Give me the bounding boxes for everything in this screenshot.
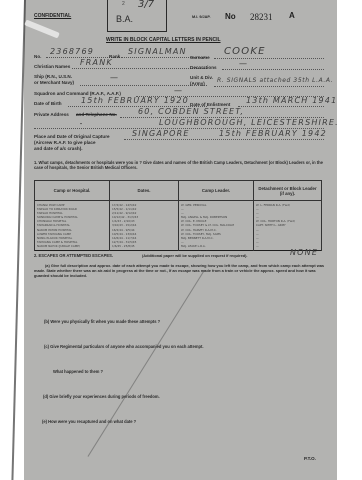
ship-label-2: or Merchant Navy) (34, 80, 74, 85)
reference-label: M.I. 9/JAP. (192, 15, 211, 19)
camps-table-body: CHANGI POW CAMP TARSAO TO KINSAYOK ROAD … (35, 201, 322, 251)
decorations-value: — (239, 59, 248, 68)
capture-label-3: and date of a/c crash). (34, 146, 83, 151)
dob-label: Date of Birth (34, 101, 62, 106)
service-number-label: No. (34, 54, 41, 59)
christian-names-value: FRANK (80, 58, 113, 67)
section1-question: 1. What camps, detachments or hospitals … (34, 160, 326, 170)
section2-question-a: (a) Give full description and approx. da… (34, 263, 326, 279)
date-entry: 1/6/45 - 25/8/45 (112, 244, 176, 248)
address-label: Private Address (34, 112, 69, 117)
ba-small-mark: 2 (122, 1, 125, 7)
address-struck-text: and Telephone No. (76, 112, 117, 117)
col-camp-header: Camp or Hospital. (35, 181, 110, 201)
camp-list-cell: CHANGI POW CAMP TARSAO TO KINSAYOK ROAD … (35, 201, 110, 251)
col-camp-leader-header: Camp Leader. (179, 181, 254, 201)
christian-names-line (72, 68, 207, 69)
pto-label: P.T.O. (304, 456, 316, 461)
ba-handwritten-mark: 3/7 (138, 0, 154, 10)
section2-note: (Additional paper will be supplied on re… (142, 253, 248, 258)
address-line2: LOUGHBOROUGH, LEICESTERSHIRE. (159, 118, 339, 127)
rank-value: SIGNALMAN (128, 47, 187, 56)
capture-label-2: (Aircrew R.A.F. to give place (34, 140, 96, 145)
camps-table-header: Camp or Hospital. Dates. Camp Leader. De… (35, 181, 322, 201)
capture-place: SINGAPORE (132, 129, 190, 138)
form-page: CONFIDENTIAL 2 3/7 B.A. M.I. 9/JAP. No 2… (24, 0, 337, 480)
col-dates-header: Dates. (110, 181, 179, 201)
ba-label: B.A. (116, 14, 133, 24)
ship-line (80, 85, 207, 86)
service-number-value: 2368769 (50, 47, 94, 56)
ship-value: — (110, 73, 119, 82)
unit-label-1: Unit & Div. (190, 75, 213, 80)
instruction-heading: WRITE IN BLOCK CAPITAL LETTERS IN PENCIL (106, 37, 221, 43)
enlistment-line (238, 106, 324, 107)
pencil-stroke (87, 270, 204, 457)
surname-value: COOKE (224, 46, 266, 57)
christian-names-label: Christian Names (34, 64, 70, 69)
surname-line (214, 58, 324, 59)
block-leader-list-cell: LT. L. FERRAN R.A. (Fwd) — — — LT. COL. … (254, 201, 322, 251)
capture-date: 15th FEBRUARY 1942 (219, 129, 327, 138)
section2-question-c: (c) Give Regimental particulars of anyon… (44, 344, 203, 349)
section2-question-e: (e) How were you recaptured and on what … (42, 419, 136, 424)
address-line1: 60, COBDEN STREET, (138, 107, 244, 116)
section2-question-d: (d) Give briefly your experiences during… (43, 394, 160, 399)
ship-label-1: Ship (R.N., U.S.N. (34, 74, 72, 79)
camp-leader-list-cell: LT. GEN. PERCIVAL — — MAJ. ANGELL & MAJ.… (179, 201, 254, 251)
confidential-label: CONFIDENTIAL (34, 13, 71, 19)
section2-question-c2: What happened to them ? (53, 369, 103, 374)
dates-list-cell: 17/2/42 - 14/5/42 15/5/42 - 1/11/42 2/11… (110, 201, 179, 251)
paper-clip-tape (24, 19, 60, 38)
dob-value: 15th FEBRUARY 1920 (81, 96, 189, 105)
squadron-value: — (174, 86, 183, 95)
number-symbol: No (225, 12, 236, 21)
section2-question-b: (b) Were you physically fit when you mad… (44, 319, 160, 324)
section2-heading: 2. ESCAPES OR ATTEMPTED ESCAPES. (34, 253, 113, 258)
enlistment-value: 13th MARCH 1941 (246, 96, 337, 105)
unit-label-2: (Army) (190, 81, 205, 86)
surname-label: Surname (190, 55, 210, 60)
ba-stamp-box: 2 3/7 B.A. (107, 0, 167, 32)
capture-line (124, 139, 324, 140)
unit-line (214, 86, 324, 87)
address-ditto: " (80, 122, 82, 127)
camp-entry: NAKOM NAYOK (JUNGLE CAMP) (37, 244, 107, 248)
decorations-label: Decorations (190, 65, 217, 70)
camp-leader-entry: MAJ. LEAKE L.R.A. (181, 244, 251, 248)
unit-value: R. SIGNALS attached 35th L.A.A. (217, 77, 333, 84)
document-number: 28231 (250, 12, 273, 22)
capture-label-1: Place and Date of Original Capture (34, 134, 110, 139)
col-block-leader-header: Detachment or Block Leader (if any). (254, 181, 322, 201)
camps-table: Camp or Hospital. Dates. Camp Leader. De… (34, 180, 322, 251)
decorations-line (222, 69, 324, 70)
section2-answer: NONE (290, 248, 318, 257)
document-suffix: A (289, 11, 295, 20)
